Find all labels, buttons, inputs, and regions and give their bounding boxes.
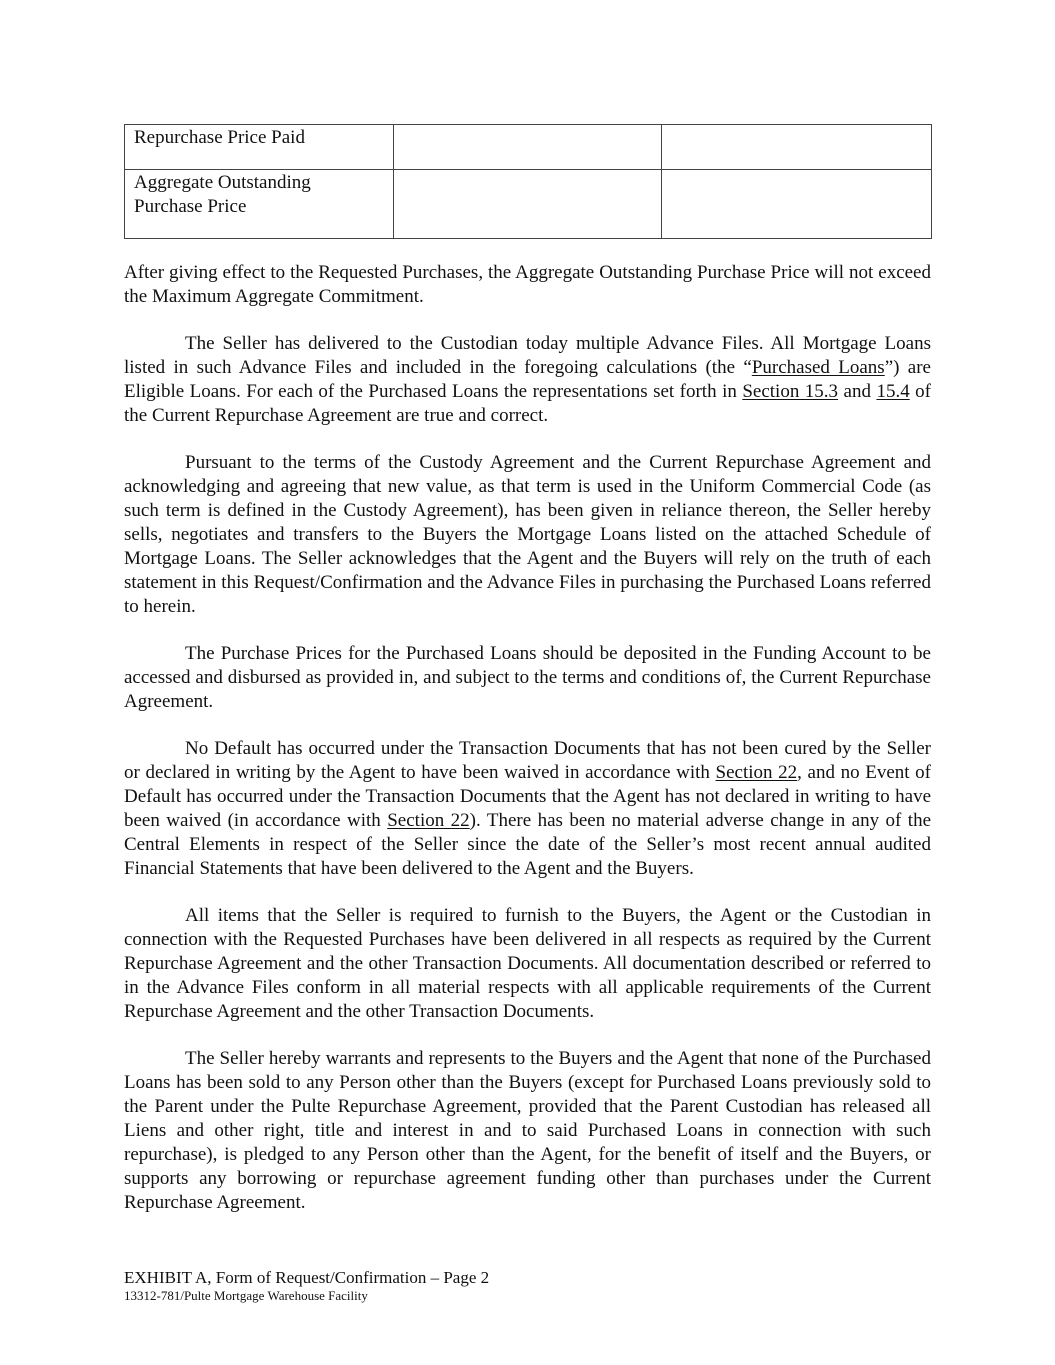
paragraph-funding-account: The Purchase Prices for the Purchased Lo… (124, 642, 931, 714)
defined-term-purchased-loans: Purchased Loans (752, 357, 885, 378)
row-label: Repurchase Price Paid (125, 125, 394, 170)
paragraph-advance-files: The Seller has delivered to the Custodia… (124, 332, 931, 428)
section-ref-15-3: Section 15.3 (742, 381, 838, 402)
paragraph-warranties: The Seller hereby warrants and represent… (124, 1047, 931, 1215)
footer-doc-id: 13312-781/Pulte Mortgage Warehouse Facil… (124, 1288, 489, 1304)
purchase-price-table: Repurchase Price Paid Aggregate Outstand… (124, 124, 932, 239)
footer-exhibit-label: EXHIBIT A, Form of Request/Confirmation … (124, 1268, 489, 1288)
paragraph-aggregate-commitment: After giving effect to the Requested Pur… (124, 261, 931, 309)
section-ref-22: Section 22 (387, 810, 469, 831)
table-row: Repurchase Price Paid (125, 125, 932, 170)
document-page: Repurchase Price Paid Aggregate Outstand… (124, 124, 931, 1215)
section-ref-22: Section 22 (716, 762, 798, 783)
paragraph-no-default: No Default has occurred under the Transa… (124, 737, 931, 881)
table-cell (662, 170, 932, 239)
paragraph-items-furnished: All items that the Seller is required to… (124, 904, 931, 1024)
section-ref-15-4: 15.4 (876, 381, 909, 402)
row-label: Aggregate Outstanding Purchase Price (125, 170, 394, 239)
table-cell (394, 125, 662, 170)
table-cell (662, 125, 932, 170)
table-row: Aggregate Outstanding Purchase Price (125, 170, 932, 239)
paragraph-custody-agreement: Pursuant to the terms of the Custody Agr… (124, 451, 931, 619)
table-cell (394, 170, 662, 239)
page-footer: EXHIBIT A, Form of Request/Confirmation … (124, 1268, 489, 1304)
